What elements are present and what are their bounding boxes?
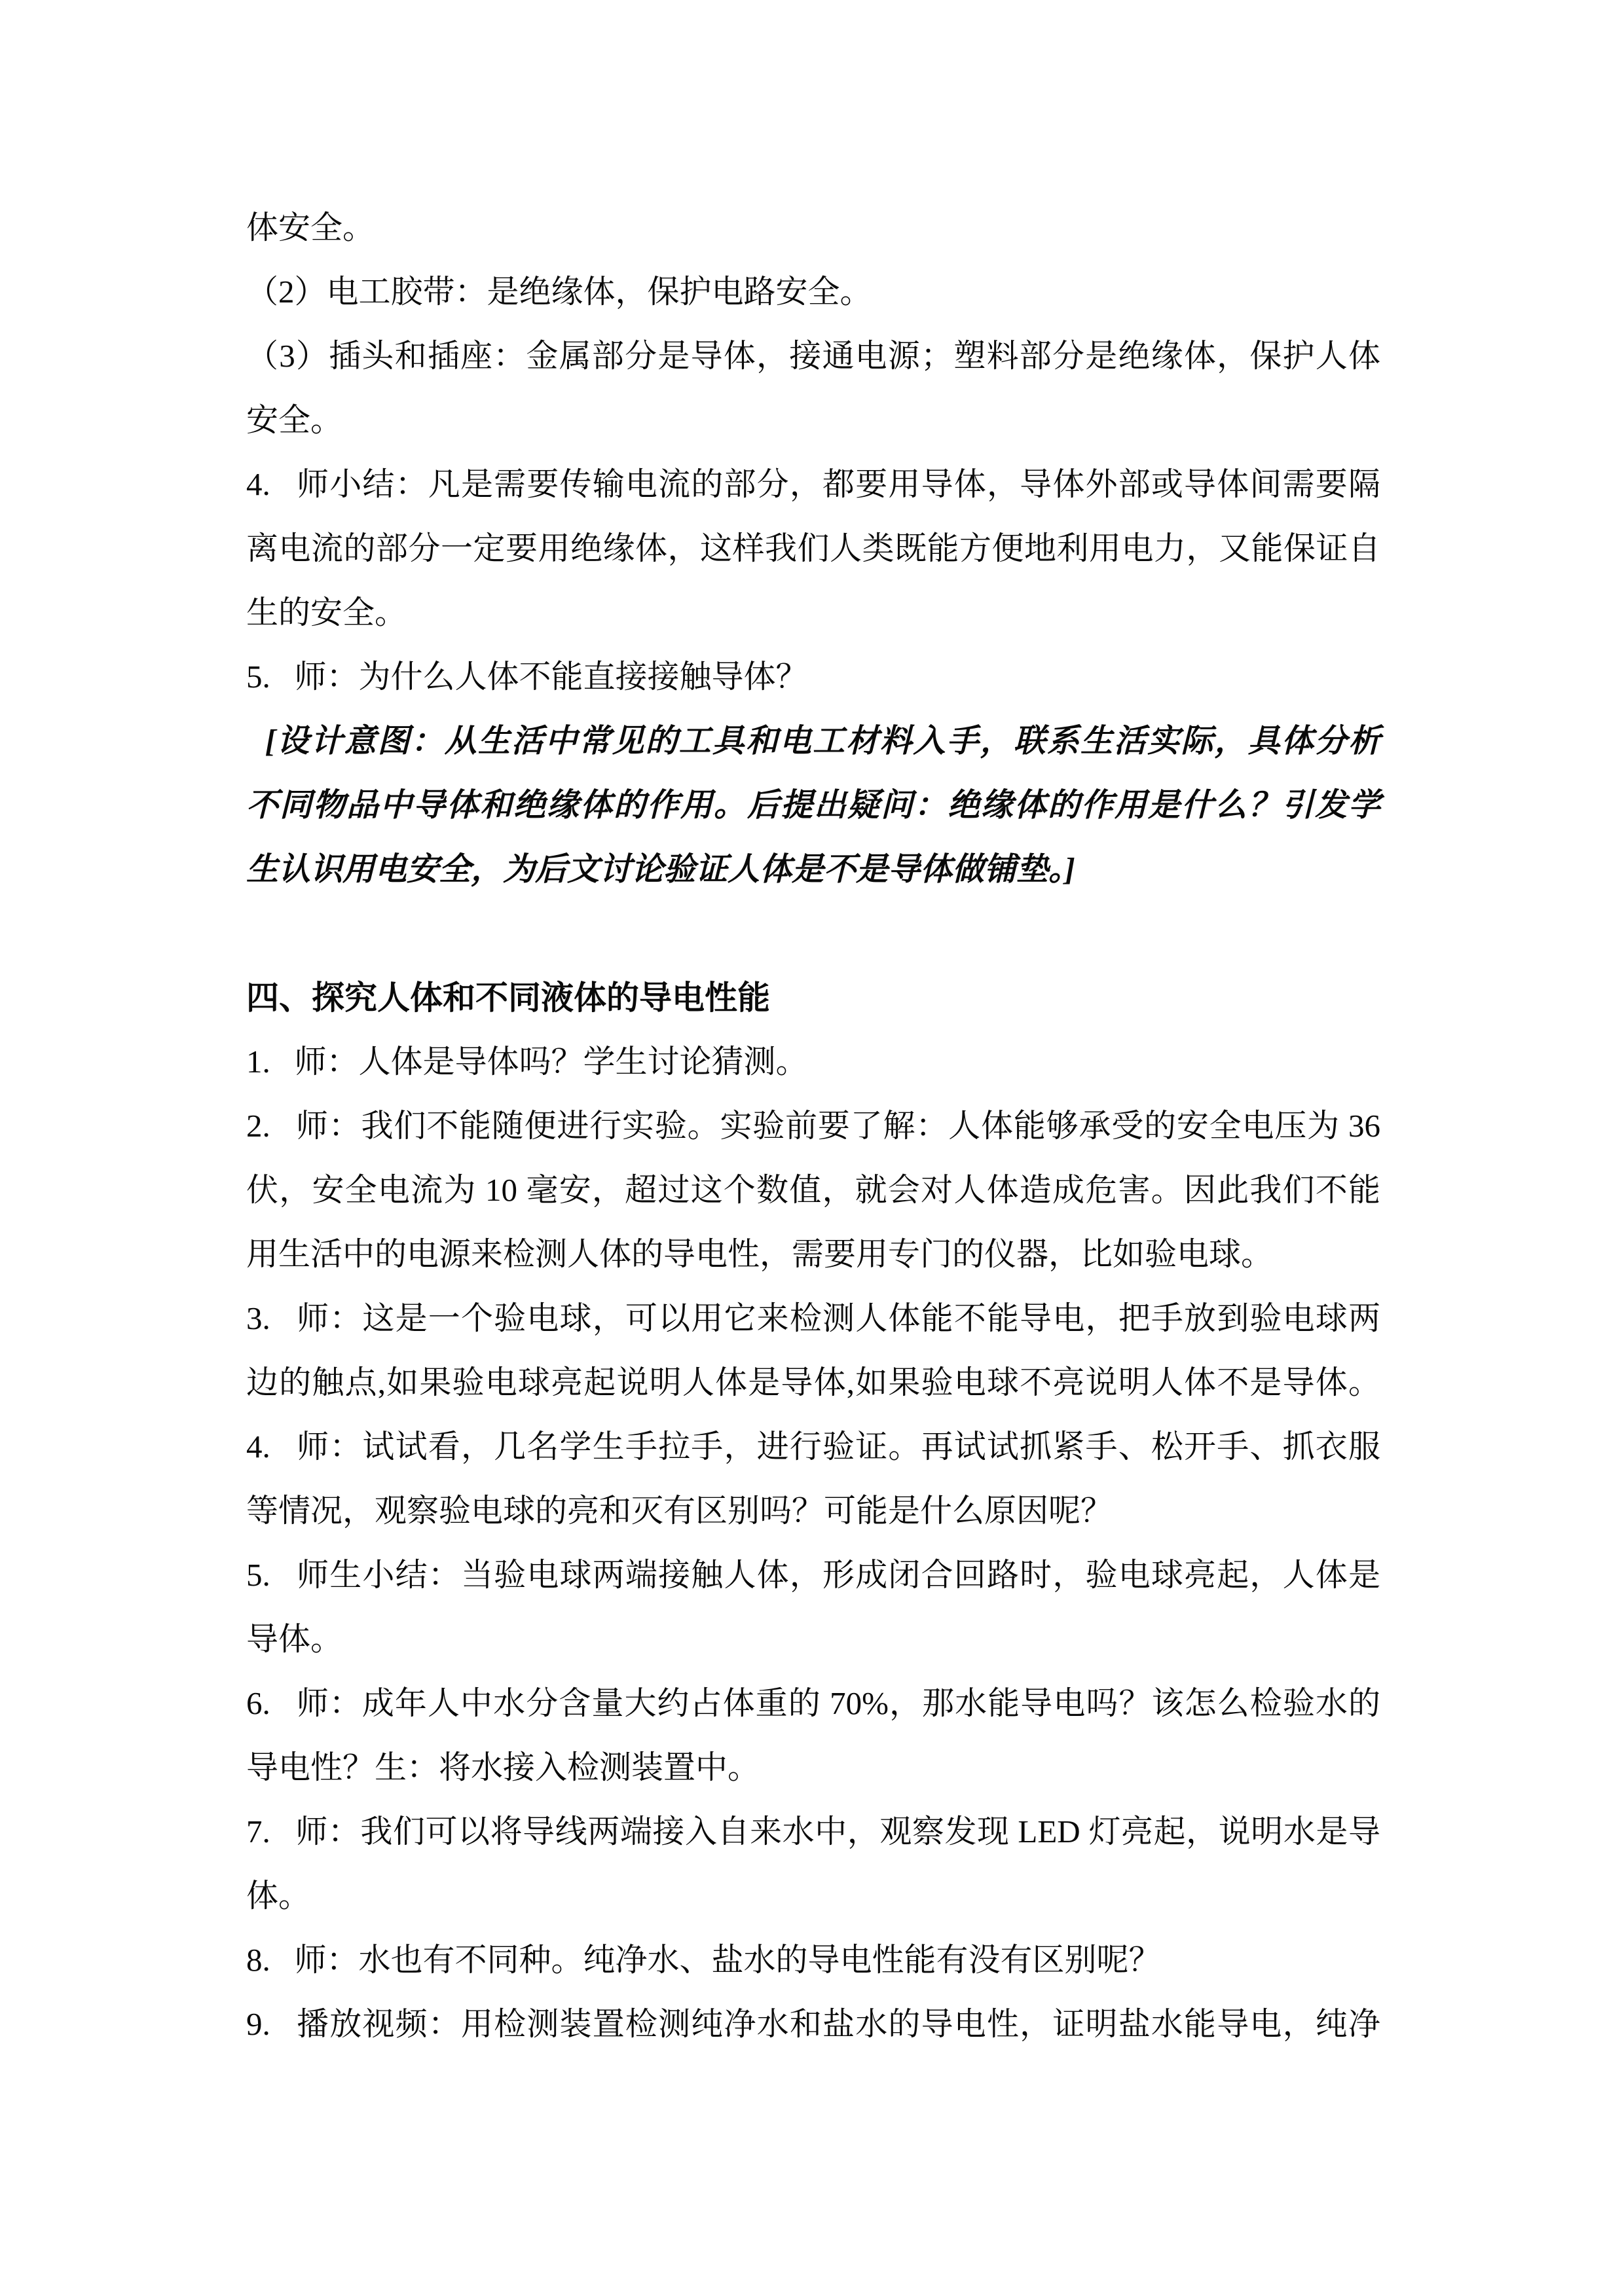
text-line: 6. 师：成年人中水分含量大约占体重的 70%，那水能导电吗？该怎么检验水的	[246, 1671, 1380, 1736]
text-line: 7. 师：我们可以将导线两端接入自来水中，观察发现 LED 灯亮起，说明水是导	[246, 1800, 1380, 1864]
section-heading: 四、探究人体和不同液体的导电性能	[246, 966, 1380, 1030]
text-line: 导电性？生：将水接入检测装置中。	[246, 1736, 1380, 1800]
design-intent-line: 生认识用电安全，为后文讨论验证人体是不是导体做铺垫。]	[246, 837, 1380, 902]
text-line: 3. 师：这是一个验电球，可以用它来检测人体能不能导电，把手放到验电球两	[246, 1286, 1380, 1351]
document-text-block: 体安全。 （2）电工胶带：是绝缘体，保护电路安全。 （3）插头和插座：金属部分是…	[246, 196, 1380, 2056]
design-intent-line: [设计意图：从生活中常见的工具和电工材料入手，联系生活实际，具体分析	[246, 709, 1380, 773]
design-intent-line: 不同物品中导体和绝缘体的作用。后提出疑问：绝缘体的作用是什么？引发学	[246, 773, 1380, 837]
text-line: 体。	[246, 1864, 1380, 1928]
text-line: 4. 师小结：凡是需要传输电流的部分，都要用导体，导体外部或导体间需要隔	[246, 452, 1380, 517]
text-line: 生的安全。	[246, 581, 1380, 645]
text-line: 1. 师：人体是导体吗？学生讨论猜测。	[246, 1030, 1380, 1094]
text-line: 5. 师：为什么人体不能直接接触导体？	[246, 645, 1380, 709]
text-line: 2. 师：我们不能随便进行实验。实验前要了解：人体能够承受的安全电压为 36	[246, 1094, 1380, 1158]
text-line: 8. 师：水也有不同种。纯净水、盐水的导电性能有没有区别呢？	[246, 1928, 1380, 1992]
text-line: 边的触点,如果验电球亮起说明人体是导体,如果验电球不亮说明人体不是导体。	[246, 1351, 1380, 1415]
text-line: 用生活中的电源来检测人体的导电性，需要用专门的仪器，比如验电球。	[246, 1222, 1380, 1286]
text-line: 安全。	[246, 388, 1380, 452]
text-line: 4. 师：试试看，几名学生手拉手，进行验证。再试试抓紧手、松开手、抓衣服	[246, 1415, 1380, 1479]
text-line: 离电流的部分一定要用绝缘体，这样我们人类既能方便地利用电力，又能保证自	[246, 517, 1380, 581]
text-line: 5. 师生小结：当验电球两端接触人体，形成闭合回路时，验电球亮起，人体是	[246, 1543, 1380, 1607]
text-line: 9. 播放视频：用检测装置检测纯净水和盐水的导电性，证明盐水能导电，纯净	[246, 1992, 1380, 2056]
text-line: 导体。	[246, 1607, 1380, 1671]
blank-line	[246, 902, 1380, 966]
text-line: 体安全。	[246, 196, 1380, 260]
text-line: 等情况，观察验电球的亮和灭有区别吗？可能是什么原因呢？	[246, 1479, 1380, 1543]
document-page: 体安全。 （2）电工胶带：是绝缘体，保护电路安全。 （3）插头和插座：金属部分是…	[0, 0, 1624, 2296]
text-line: 伏，安全电流为 10 毫安，超过这个数值，就会对人体造成危害。因此我们不能	[246, 1158, 1380, 1222]
text-line: （3）插头和插座：金属部分是导体，接通电源；塑料部分是绝缘体，保护人体	[246, 324, 1380, 388]
text-line: （2）电工胶带：是绝缘体，保护电路安全。	[246, 260, 1380, 324]
